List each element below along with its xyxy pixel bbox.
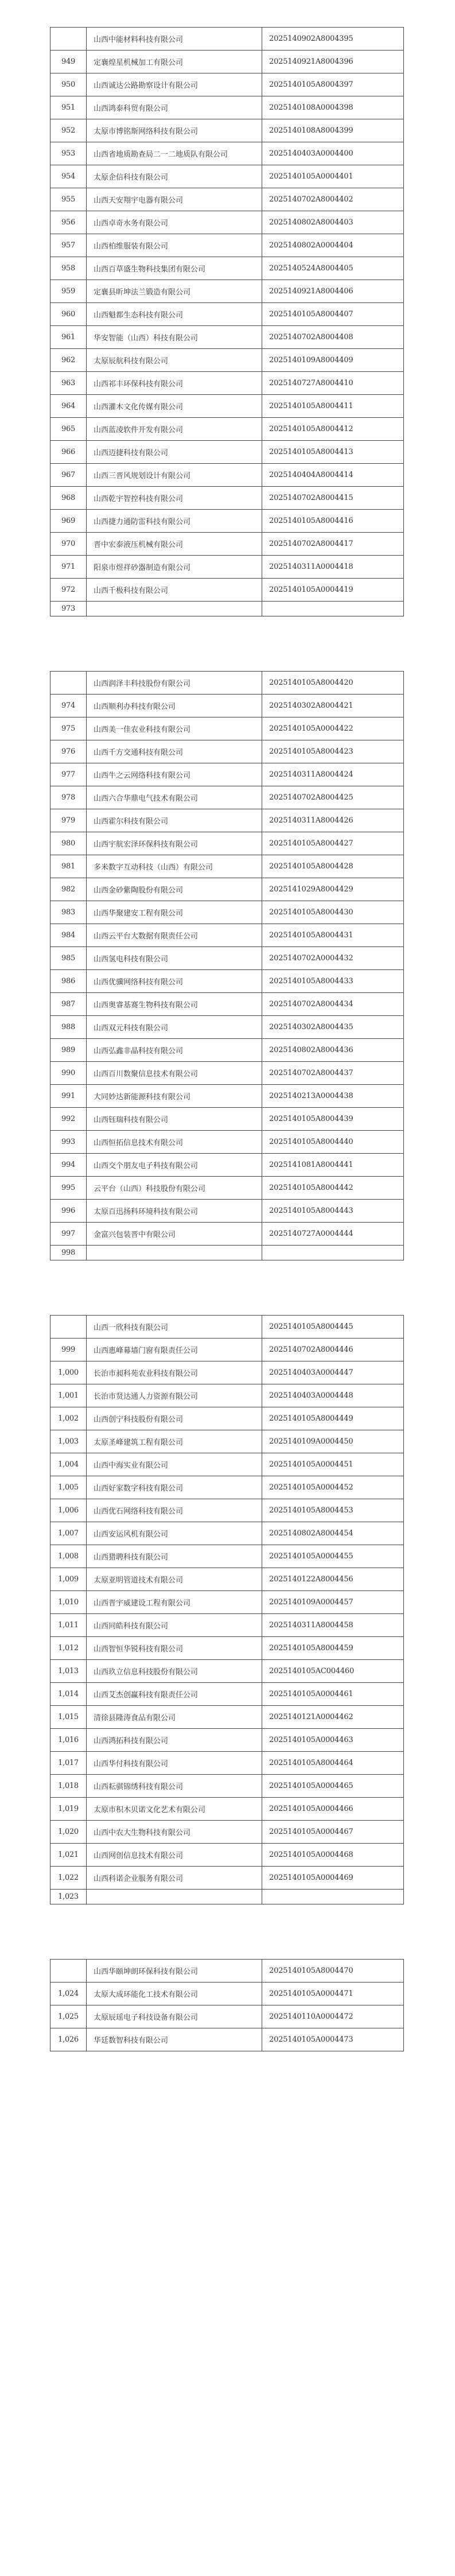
table-row: 1,009太原亚明管道技术有限公司2025140122A8004456 (50, 1568, 404, 1591)
company-name: 山西一欣科技有限公司 (87, 1316, 262, 1339)
table-row: 976山西千方交通科技有限公司2025140105A8004423 (50, 740, 404, 763)
table-row: 1,022山西科诺企业服务有限公司2025140105A0004469 (50, 1867, 404, 1890)
row-number (50, 1960, 87, 1983)
table-row: 980山西宇航宏泽环保科技有限公司2025140105A8004427 (50, 832, 404, 855)
table-row: 1,021山西网创信息技术有限公司2025140105A0004468 (50, 1844, 404, 1867)
company-name: 山西艾杰创赢科技有限责任公司 (87, 1683, 262, 1706)
company-name: 太原市博铭斯网络科技有限公司 (87, 119, 262, 142)
registration-code: 2025140105A0004466 (262, 1798, 404, 1821)
row-number: 965 (50, 418, 87, 441)
row-number: 1,007 (50, 1522, 87, 1545)
company-name: 山西奥睿基赛生物科技有限公司 (87, 993, 262, 1016)
row-number: 981 (50, 855, 87, 878)
registration-code: 2025140404A8004414 (262, 464, 404, 487)
company-name: 华廷数智科技有限公司 (87, 2028, 262, 2051)
company-name: 山西中能材料科技有限公司 (87, 28, 262, 51)
table-row: 993山西恒拓信息技术有限公司2025140105A8004440 (50, 1131, 404, 1154)
company-name: 山西玖立信息科技股份有限公司 (87, 1660, 262, 1683)
row-number: 1,000 (50, 1361, 87, 1384)
table-row: 1,003太原圣峰建筑工程有限公司2025140109A0004450 (50, 1430, 404, 1453)
table-row: 958山西百草盛生物科技集团有限公司2025140524A8004405 (50, 257, 404, 280)
table-row: 1,010山西晋宇威建设工程有限公司2025140109A0004457 (50, 1591, 404, 1614)
row-number: 976 (50, 740, 87, 763)
company-name: 太原市积木贝诺文化艺术有限公司 (87, 1798, 262, 1821)
company-name: 大同妙达新能源科技有限公司 (87, 1085, 262, 1108)
registration-code: 2025140702A8004434 (262, 993, 404, 1016)
row-number: 950 (50, 73, 87, 96)
registration-code: 2025140105A8004428 (262, 855, 404, 878)
row-number: 1,005 (50, 1476, 87, 1499)
row-number: 980 (50, 832, 87, 855)
table-row: 984山西云平台大数据有限责任公司2025140105A8004431 (50, 924, 404, 947)
table-row: 983山西华聚建安工程有限公司2025140105A8004430 (50, 901, 404, 924)
registration-code: 2025140105A0004455 (262, 1545, 404, 1568)
company-name: 山西捷力通防雷科技有限公司 (87, 510, 262, 533)
registration-code: 2025140105A8004413 (262, 441, 404, 464)
row-number: 991 (50, 1085, 87, 1108)
table-row: 1,004山西中海实业有限公司2025140105A0004451 (50, 1453, 404, 1476)
company-name: 山西百草盛生物科技集团有限公司 (87, 257, 262, 280)
company-name: 山西同皓科技有限公司 (87, 1614, 262, 1637)
table-row: 997金富兴包装晋中有限公司2025140727A0004444 (50, 1223, 404, 1246)
row-number: 1,004 (50, 1453, 87, 1476)
row-number: 984 (50, 924, 87, 947)
company-name: 山西优石网络科技有限公司 (87, 1499, 262, 1522)
company-name: 山西六合华鼎电气技术有限公司 (87, 786, 262, 809)
table-row: 995云平台（山西）科技股份有限公司2025140105A8004442 (50, 1177, 404, 1200)
registration-code: 2025140702A8004402 (262, 188, 404, 211)
company-name: 山西天安翔宇电器有限公司 (87, 188, 262, 211)
company-name: 山西好家数字科技有限公司 (87, 1476, 262, 1499)
company-name: 山西祁丰环保科技有限公司 (87, 372, 262, 395)
company-name: 山西华聚建安工程有限公司 (87, 901, 262, 924)
registration-code: 2025140108A8004399 (262, 119, 404, 142)
registration-code: 2025140702A8004437 (262, 1062, 404, 1085)
table-row: 1,025太原辰瑶电子科技设备有限公司2025140110A0004472 (50, 2005, 404, 2028)
table-row: 山西中能材料科技有限公司2025140902A8004395 (50, 28, 404, 51)
company-name: 山西千极科技有限公司 (87, 579, 262, 602)
company-name: 山西耘骐锦绣科技有限公司 (87, 1775, 262, 1798)
company-name: 长治市昶科苑农业科技有限公司 (87, 1361, 262, 1384)
registration-code: 2025140105A8004420 (262, 672, 404, 695)
registration-code: 2025140902A8004395 (262, 28, 404, 51)
company-name: 山西魁都生态科技有限公司 (87, 303, 262, 326)
registration-code: 2025140311A0004418 (262, 556, 404, 579)
table-row: 962太原辰航科技有限公司2025140109A8004409 (50, 349, 404, 372)
registration-code: 2025140105A8004407 (262, 303, 404, 326)
company-name: 山西云平台大数据有限责任公司 (87, 924, 262, 947)
company-name (87, 1246, 262, 1260)
registration-code: 2025140105A8004449 (262, 1407, 404, 1430)
company-name: 山西钰瑞科技有限公司 (87, 1108, 262, 1131)
table-row: 966山西迈捷科技有限公司2025140105A8004413 (50, 441, 404, 464)
table-row: 965山西蓝凌软件开发有限公司2025140105A8004412 (50, 418, 404, 441)
company-name: 山西华付科技有限公司 (87, 1752, 262, 1775)
row-number: 973 (50, 602, 87, 616)
company-name: 山西润泽丰科技股份有限公司 (87, 672, 262, 695)
table-row: 981多米数字互动科技（山西）有限公司2025140105A8004428 (50, 855, 404, 878)
registration-code: 2025140921A8004396 (262, 51, 404, 73)
table-row: 999山西惠峰幕墙门窗有限责任公司2025140702A8004446 (50, 1339, 404, 1361)
company-name: 山西氢电科技有限公司 (87, 947, 262, 970)
row-number: 979 (50, 809, 87, 832)
table-row: 950山西诚达公路勘察设计有限公司2025140105A8004397 (50, 73, 404, 96)
registration-code: 2025140105A0004467 (262, 1821, 404, 1844)
table-row: 957山西柏维服装有限公司2025140802A0004404 (50, 234, 404, 257)
row-number: 1,008 (50, 1545, 87, 1568)
company-name: 多米数字互动科技（山西）有限公司 (87, 855, 262, 878)
table-row: 991大同妙达新能源科技有限公司2025140213A0004438 (50, 1085, 404, 1108)
row-number: 959 (50, 280, 87, 303)
company-name: 清徐县隆涛食品有限公司 (87, 1706, 262, 1729)
row-number: 954 (50, 165, 87, 188)
table-row: 978山西六合华鼎电气技术有限公司2025140702A8004425 (50, 786, 404, 809)
company-name: 定襄县昕坤法兰锻造有限公司 (87, 280, 262, 303)
company-name: 山西千方交通科技有限公司 (87, 740, 262, 763)
company-name: 山西恒拓信息技术有限公司 (87, 1131, 262, 1154)
company-name: 山西晋宇威建设工程有限公司 (87, 1591, 262, 1614)
registration-code: 2025140302A8004435 (262, 1016, 404, 1039)
registration-code: 2025140105A8004464 (262, 1752, 404, 1775)
registration-code: 2025140105A8004427 (262, 832, 404, 855)
registration-code: 2025140105A8004430 (262, 901, 404, 924)
row-number: 1,011 (50, 1614, 87, 1637)
registration-code: 2025140105A0004468 (262, 1844, 404, 1867)
table-row: 992山西钰瑞科技有限公司2025140105A8004439 (50, 1108, 404, 1131)
company-name: 云平台（山西）科技股份有限公司 (87, 1177, 262, 1200)
row-number: 1,025 (50, 2005, 87, 2028)
table-row: 1,016山西鸿拓科技有限公司2025140105A0004463 (50, 1729, 404, 1752)
registration-code: 2025140403A0004400 (262, 142, 404, 165)
row-number: 1,012 (50, 1637, 87, 1660)
registration-code: 2025140105A8004453 (262, 1499, 404, 1522)
registration-code: 2025140311A8004458 (262, 1614, 404, 1637)
company-name: 太原企信科技有限公司 (87, 165, 262, 188)
company-name: 山西安运风机有限公司 (87, 1522, 262, 1545)
row-number: 995 (50, 1177, 87, 1200)
table-row: 1,002山西创宁科技股份有限公司2025140105A8004449 (50, 1407, 404, 1430)
company-name: 山西宇航宏泽环保科技有限公司 (87, 832, 262, 855)
registration-code: 2025140403A0004447 (262, 1361, 404, 1384)
registration-code: 2025140105A8004439 (262, 1108, 404, 1131)
table-row: 1,023 (50, 1890, 404, 1904)
row-number (50, 1316, 87, 1339)
company-name (87, 602, 262, 616)
table-row: 1,019太原市积木贝诺文化艺术有限公司2025140105A0004466 (50, 1798, 404, 1821)
table-row: 963山西祁丰环保科技有限公司2025140727A8004410 (50, 372, 404, 395)
table-row: 1,000长治市昶科苑农业科技有限公司2025140403A0004447 (50, 1361, 404, 1384)
company-name: 山西鸿拓科技有限公司 (87, 1729, 262, 1752)
row-number: 1,021 (50, 1844, 87, 1867)
registration-code: 2025140105A0004452 (262, 1476, 404, 1499)
row-number: 1,015 (50, 1706, 87, 1729)
row-number: 956 (50, 211, 87, 234)
row-number: 999 (50, 1339, 87, 1361)
row-number: 987 (50, 993, 87, 1016)
company-name: 山西科诺企业服务有限公司 (87, 1867, 262, 1890)
table-row: 山西润泽丰科技股份有限公司2025140105A8004420 (50, 672, 404, 695)
row-number (50, 28, 87, 51)
table-row: 949定襄煌星机械加工有限公司2025140921A8004396 (50, 51, 404, 73)
row-number: 961 (50, 326, 87, 349)
table-row: 989山西弘鑫非晶科技有限公司2025140802A8004436 (50, 1039, 404, 1062)
table-row: 953山西省地质勘查局二一二地质队有限公司2025140403A0004400 (50, 142, 404, 165)
company-name: 太原辰航科技有限公司 (87, 349, 262, 372)
table-row: 967山西三晋风规划设计有限公司2025140404A8004414 (50, 464, 404, 487)
table-row: 970晋中宏泰液压机械有限公司2025140702A8004417 (50, 533, 404, 556)
table-row: 988山西双元科技有限公司2025140302A8004435 (50, 1016, 404, 1039)
row-number: 975 (50, 717, 87, 740)
registration-code: 2025140105A8004445 (262, 1316, 404, 1339)
registration-code: 2025140109A0004457 (262, 1591, 404, 1614)
row-number: 958 (50, 257, 87, 280)
table-row: 959定襄县昕坤法兰锻造有限公司2025140921A8004406 (50, 280, 404, 303)
company-name: 山西华颐坤朗环保科技有限公司 (87, 1960, 262, 1983)
registration-code: 2025141029A8004429 (262, 878, 404, 901)
registration-code: 2025140403A0004448 (262, 1384, 404, 1407)
company-name: 山西惠峰幕墙门窗有限责任公司 (87, 1339, 262, 1361)
company-name: 山西卓奇水务有限公司 (87, 211, 262, 234)
registration-code: 2025140108A0004398 (262, 96, 404, 119)
registration-code: 2025140802A8004403 (262, 211, 404, 234)
table-row: 979山西霍尔科技有限公司2025140311A8004426 (50, 809, 404, 832)
table-row: 968山西乾宇智控科技有限公司2025140702A8004415 (50, 487, 404, 510)
registration-code: 2025140109A0004450 (262, 1430, 404, 1453)
row-number: 1,003 (50, 1430, 87, 1453)
registration-code: 2025140802A8004436 (262, 1039, 404, 1062)
table-row: 961华安智能（山西）科技有限公司2025140702A8004408 (50, 326, 404, 349)
row-number: 949 (50, 51, 87, 73)
company-name: 山西金砂紫陶股份有限公司 (87, 878, 262, 901)
registration-code: 2025140213A0004438 (262, 1085, 404, 1108)
table-row: 974山西顺利办科技有限公司2025140302A8004421 (50, 695, 404, 717)
registration-code: 2025140105A0004401 (262, 165, 404, 188)
table-row: 1,001长治市贤达通人力资源有限公司2025140403A0004448 (50, 1384, 404, 1407)
table-row: 987山西奥睿基赛生物科技有限公司2025140702A8004434 (50, 993, 404, 1016)
registration-code: 2025140702A0004432 (262, 947, 404, 970)
registration-code: 2025140105A8004411 (262, 395, 404, 418)
registration-code: 2025140110A0004472 (262, 2005, 404, 2028)
table-row: 985山西氢电科技有限公司2025140702A0004432 (50, 947, 404, 970)
row-number: 1,010 (50, 1591, 87, 1614)
table-row: 956山西卓奇水务有限公司2025140802A8004403 (50, 211, 404, 234)
row-number: 953 (50, 142, 87, 165)
row-number: 1,019 (50, 1798, 87, 1821)
company-name: 山西中海实业有限公司 (87, 1453, 262, 1476)
table-row: 1,024太原大成环能化工技术有限公司2025140105A0004471 (50, 1983, 404, 2005)
company-name: 山西猎聘科技有限公司 (87, 1545, 262, 1568)
row-number: 1,022 (50, 1867, 87, 1890)
company-name: 山西交个朋友电子科技有限公司 (87, 1154, 262, 1177)
company-name: 山西三晋风规划设计有限公司 (87, 464, 262, 487)
company-table-page-4: 山西华颐坤朗环保科技有限公司2025140105A80044701,024太原大… (50, 1959, 404, 2051)
company-name: 太原辰瑶电子科技设备有限公司 (87, 2005, 262, 2028)
table-row: 1,015清徐县隆涛食品有限公司2025140121A0004462 (50, 1706, 404, 1729)
company-name: 山西灌木文化传媒有限公司 (87, 395, 262, 418)
registration-code: 2025140122A8004456 (262, 1568, 404, 1591)
table-row: 951山西鸿泰科贸有限公司2025140108A0004398 (50, 96, 404, 119)
company-name: 山西省地质勘查局二一二地质队有限公司 (87, 142, 262, 165)
row-number: 960 (50, 303, 87, 326)
registration-code: 2025140105A8004470 (262, 1960, 404, 1983)
table-row: 1,013山西玖立信息科技股份有限公司2025140105AC004460 (50, 1660, 404, 1683)
registration-code: 2025140105A0004419 (262, 579, 404, 602)
row-number: 986 (50, 970, 87, 993)
row-number: 985 (50, 947, 87, 970)
row-number: 1,018 (50, 1775, 87, 1798)
company-name: 山西顺利办科技有限公司 (87, 695, 262, 717)
registration-code: 2025140311A8004424 (262, 763, 404, 786)
row-number: 962 (50, 349, 87, 372)
company-table-page-2: 山西润泽丰科技股份有限公司2025140105A8004420974山西顺利办科… (50, 671, 404, 1260)
company-name: 山西中农大生物科技有限公司 (87, 1821, 262, 1844)
company-name: 山西网创信息技术有限公司 (87, 1844, 262, 1867)
row-number: 990 (50, 1062, 87, 1085)
company-name: 山西鸿泰科贸有限公司 (87, 96, 262, 119)
row-number: 967 (50, 464, 87, 487)
row-number: 968 (50, 487, 87, 510)
row-number: 1,020 (50, 1821, 87, 1844)
row-number: 994 (50, 1154, 87, 1177)
row-number: 969 (50, 510, 87, 533)
registration-code: 2025140105A0004422 (262, 717, 404, 740)
row-number: 970 (50, 533, 87, 556)
row-number: 1,002 (50, 1407, 87, 1430)
table-row: 969山西捷力通防雷科技有限公司2025140105A8004416 (50, 510, 404, 533)
table-row: 山西一欣科技有限公司2025140105A8004445 (50, 1316, 404, 1339)
row-number: 993 (50, 1131, 87, 1154)
row-number: 1,017 (50, 1752, 87, 1775)
registration-code: 2025140702A8004446 (262, 1339, 404, 1361)
registration-code: 2025140802A0004404 (262, 234, 404, 257)
row-number: 998 (50, 1246, 87, 1260)
registration-code: 2025140524A8004405 (262, 257, 404, 280)
company-name: 太原百迅扬科环境科技有限公司 (87, 1200, 262, 1223)
table-row: 1,020山西中农大生物科技有限公司2025140105A0004467 (50, 1821, 404, 1844)
row-number: 955 (50, 188, 87, 211)
row-number: 1,023 (50, 1890, 87, 1904)
company-name: 太原圣峰建筑工程有限公司 (87, 1430, 262, 1453)
table-row: 1,008山西猎聘科技有限公司2025140105A0004455 (50, 1545, 404, 1568)
company-table-page-1: 山西中能材料科技有限公司2025140902A8004395949定襄煌星机械加… (50, 27, 404, 616)
table-row: 954太原企信科技有限公司2025140105A0004401 (50, 165, 404, 188)
table-row: 952太原市博铭斯网络科技有限公司2025140108A8004399 (50, 119, 404, 142)
table-row: 955山西天安翔宇电器有限公司2025140702A8004402 (50, 188, 404, 211)
table-row: 986山西优骥网络科技有限公司2025140105A8004433 (50, 970, 404, 993)
registration-code: 2025140105A8004416 (262, 510, 404, 533)
row-number: 1,024 (50, 1983, 87, 2005)
table-row: 972山西千极科技有限公司2025140105A0004419 (50, 579, 404, 602)
company-name: 太原亚明管道技术有限公司 (87, 1568, 262, 1591)
table-row: 975山西美一佳农业科技有限公司2025140105A0004422 (50, 717, 404, 740)
company-name: 山西迈捷科技有限公司 (87, 441, 262, 464)
company-name: 山西诚达公路勘察设计有限公司 (87, 73, 262, 96)
registration-code: 2025140302A8004421 (262, 695, 404, 717)
table-body: 山西中能材料科技有限公司2025140902A8004395949定襄煌星机械加… (50, 28, 404, 616)
table-row: 1,007山西安运风机有限公司2025140802A8004454 (50, 1522, 404, 1545)
table-row: 1,014山西艾杰创赢科技有限责任公司2025140105A0004461 (50, 1683, 404, 1706)
row-number: 966 (50, 441, 87, 464)
company-name: 山西乾宇智控科技有限公司 (87, 487, 262, 510)
row-number: 964 (50, 395, 87, 418)
registration-code: 2025140702A8004425 (262, 786, 404, 809)
registration-code: 2025140702A8004415 (262, 487, 404, 510)
company-name: 定襄煌星机械加工有限公司 (87, 51, 262, 73)
registration-code: 2025140105A8004412 (262, 418, 404, 441)
row-number: 988 (50, 1016, 87, 1039)
registration-code: 2025140105A8004423 (262, 740, 404, 763)
company-name: 山西百川数聚信息技术有限公司 (87, 1062, 262, 1085)
registration-code: 2025140105A8004433 (262, 970, 404, 993)
registration-code: 2025140702A8004417 (262, 533, 404, 556)
company-name: 长治市贤达通人力资源有限公司 (87, 1384, 262, 1407)
company-name: 山西霍尔科技有限公司 (87, 809, 262, 832)
registration-code: 2025140921A8004406 (262, 280, 404, 303)
table-row: 1,017山西华付科技有限公司2025140105A8004464 (50, 1752, 404, 1775)
row-number: 971 (50, 556, 87, 579)
registration-code: 2025141081A8004441 (262, 1154, 404, 1177)
company-name: 晋中宏泰液压机械有限公司 (87, 533, 262, 556)
table-row: 994山西交个朋友电子科技有限公司2025141081A8004441 (50, 1154, 404, 1177)
registration-code: 2025140105A8004442 (262, 1177, 404, 1200)
registration-code: 2025140105A8004431 (262, 924, 404, 947)
registration-code: 2025140105A0004469 (262, 1867, 404, 1890)
table-body: 山西润泽丰科技股份有限公司2025140105A8004420974山西顺利办科… (50, 672, 404, 1260)
row-number: 952 (50, 119, 87, 142)
row-number: 996 (50, 1200, 87, 1223)
registration-code: 2025140105A0004463 (262, 1729, 404, 1752)
row-number: 997 (50, 1223, 87, 1246)
table-row: 973 (50, 602, 404, 616)
row-number: 1,014 (50, 1683, 87, 1706)
registration-code: 2025140105A0004471 (262, 1983, 404, 2005)
registration-code: 2025140105A8004440 (262, 1131, 404, 1154)
company-name: 山西弘鑫非晶科技有限公司 (87, 1039, 262, 1062)
row-number: 989 (50, 1039, 87, 1062)
registration-code: 2025140121A0004462 (262, 1706, 404, 1729)
company-name (87, 1890, 262, 1904)
table-row: 960山西魁都生态科技有限公司2025140105A8004407 (50, 303, 404, 326)
table-body: 山西一欣科技有限公司2025140105A8004445999山西惠峰幕墙门窗有… (50, 1316, 404, 1904)
registration-code: 2025140105A8004443 (262, 1200, 404, 1223)
registration-code: 2025140727A0004444 (262, 1223, 404, 1246)
company-name: 山西创宁科技股份有限公司 (87, 1407, 262, 1430)
row-number: 974 (50, 695, 87, 717)
table-row: 1,018山西耘骐锦绣科技有限公司2025140105A0004465 (50, 1775, 404, 1798)
company-name: 山西双元科技有限公司 (87, 1016, 262, 1039)
company-name: 太原大成环能化工技术有限公司 (87, 1983, 262, 2005)
company-name: 山西智恒华锐科技有限公司 (87, 1637, 262, 1660)
table-row: 山西华颐坤朗环保科技有限公司2025140105A8004470 (50, 1960, 404, 1983)
company-name: 阳泉市煜祥砂器制造有限公司 (87, 556, 262, 579)
registration-code: 2025140105A0004461 (262, 1683, 404, 1706)
table-row: 1,026华廷数智科技有限公司2025140105A0004473 (50, 2028, 404, 2051)
company-name: 山西牛之云网络科技有限公司 (87, 763, 262, 786)
row-number: 977 (50, 763, 87, 786)
registration-code (262, 602, 404, 616)
table-row: 1,005山西好家数字科技有限公司2025140105A0004452 (50, 1476, 404, 1499)
row-number: 982 (50, 878, 87, 901)
registration-code (262, 1246, 404, 1260)
company-name: 山西美一佳农业科技有限公司 (87, 717, 262, 740)
row-number: 992 (50, 1108, 87, 1131)
company-table-page-3: 山西一欣科技有限公司2025140105A8004445999山西惠峰幕墙门窗有… (50, 1315, 404, 1904)
row-number: 972 (50, 579, 87, 602)
row-number: 1,013 (50, 1660, 87, 1683)
row-number: 1,001 (50, 1384, 87, 1407)
row-number: 957 (50, 234, 87, 257)
company-name: 山西优骥网络科技有限公司 (87, 970, 262, 993)
